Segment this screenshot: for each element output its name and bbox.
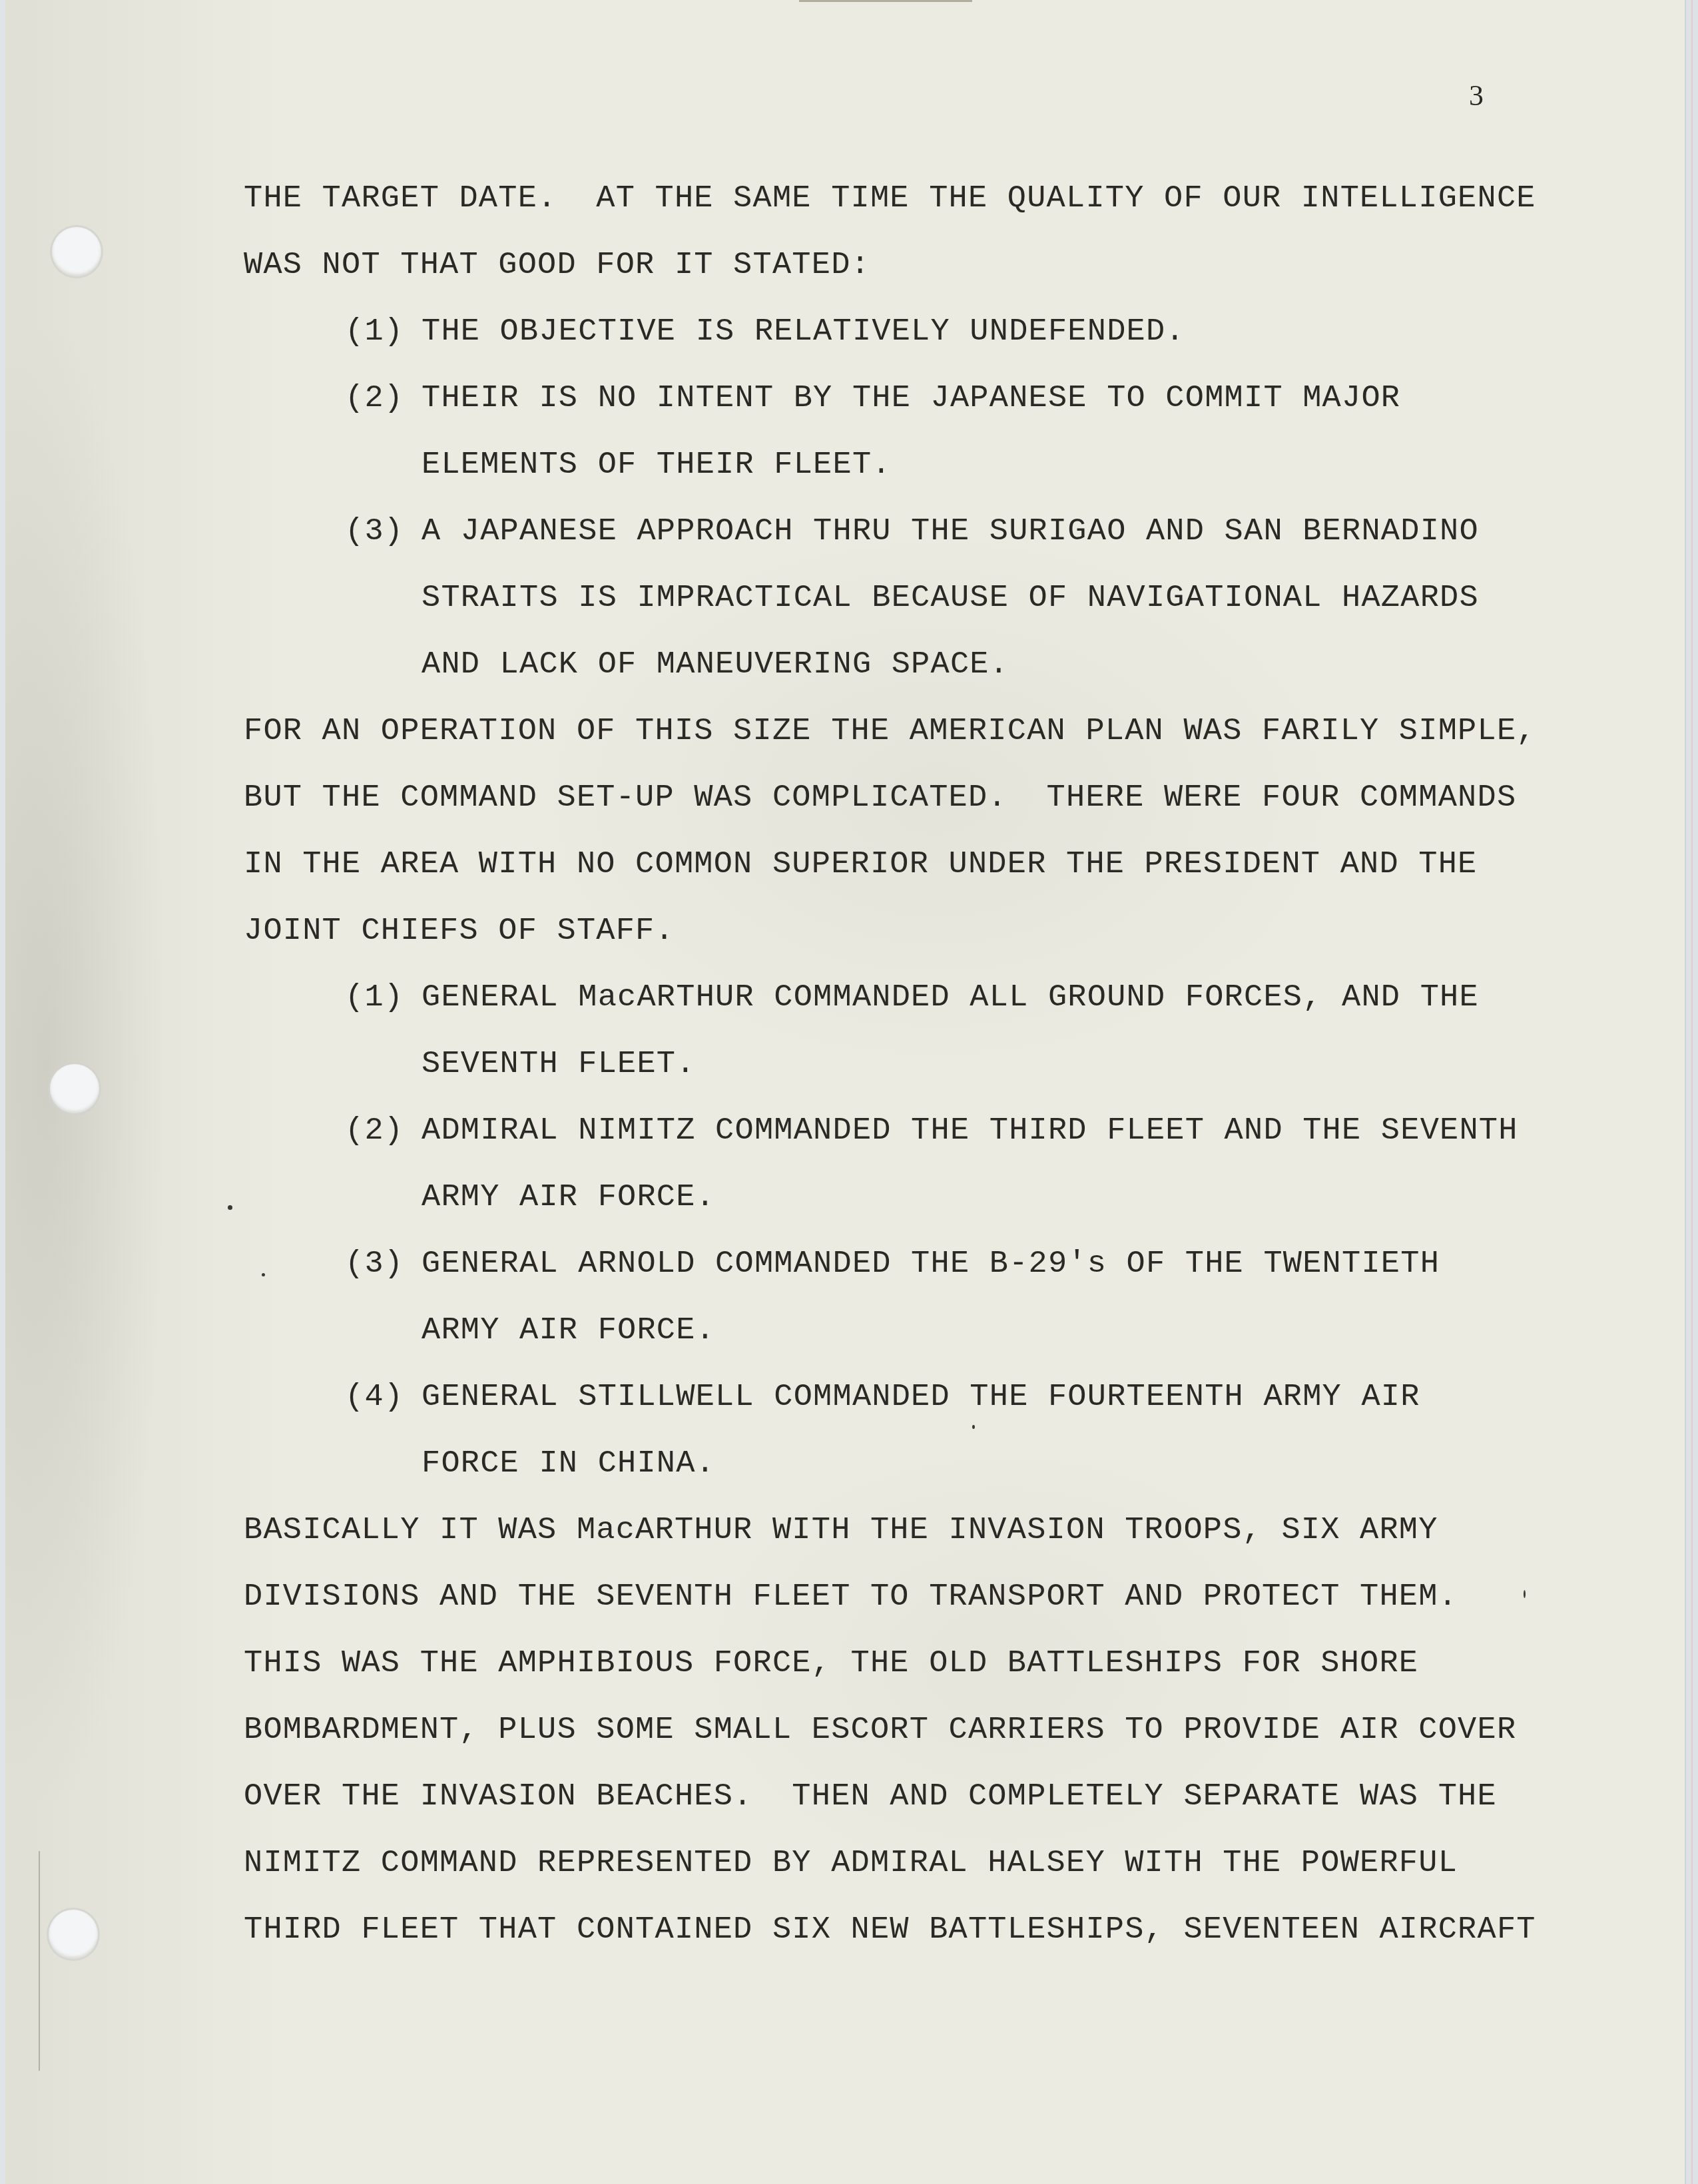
list-item-text: GENERAL STILLWELL COMMANDED THE FOURTEEN… <box>422 1382 1420 1413</box>
punch-hole-bottom <box>49 1910 98 1959</box>
list-item-continuation: AND LACK OF MANEUVERING SPACE. <box>422 649 1009 681</box>
scan-top-edge-mark <box>799 0 972 2</box>
list-item-continuation: STRAITS IS IMPRACTICAL BECAUSE OF NAVIGA… <box>422 583 1479 614</box>
ink-speck <box>972 1425 975 1429</box>
body-line-1: THE TARGET DATE. AT THE SAME TIME THE QU… <box>244 183 1536 214</box>
list-item-text: GENERAL ARNOLD COMMANDED THE B-29's OF T… <box>422 1248 1440 1280</box>
list-item-number: (2) <box>345 1115 404 1147</box>
body-line-24: BOMBARDMENT, PLUS SOME SMALL ESCORT CARR… <box>244 1715 1516 1746</box>
list-item-number: (3) <box>345 516 404 547</box>
list-item-number: (4) <box>345 1382 404 1413</box>
body-line-25: OVER THE INVASION BEACHES. THEN AND COMP… <box>244 1781 1497 1812</box>
list-item-text: THEIR IS NO INTENT BY THE JAPANESE TO CO… <box>422 383 1400 414</box>
list-item-text: ADMIRAL NIMITZ COMMANDED THE THIRD FLEET… <box>422 1115 1518 1147</box>
list-item-continuation: ARMY AIR FORCE. <box>422 1315 715 1346</box>
list-item-number: (1) <box>345 316 404 348</box>
list-item-text: THE OBJECTIVE IS RELATIVELY UNDEFENDED. <box>422 316 1185 348</box>
body-line-22: DIVISIONS AND THE SEVENTH FLEET TO TRANS… <box>244 1581 1458 1613</box>
list-item-continuation: FORCE IN CHINA. <box>422 1448 715 1480</box>
scan-right-border <box>1685 0 1698 2184</box>
body-line-23: THIS WAS THE AMPHIBIOUS FORCE, THE OLD B… <box>244 1648 1418 1679</box>
ink-speck <box>228 1205 232 1210</box>
paper-crease-mark <box>39 1851 40 2071</box>
list-item-text: GENERAL MacARTHUR COMMANDED ALL GROUND F… <box>422 982 1479 1013</box>
body-line-26: NIMITZ COMMAND REPRESENTED BY ADMIRAL HA… <box>244 1848 1458 1879</box>
list-item-continuation: ELEMENTS OF THEIR FLEET. <box>422 449 892 481</box>
body-line-2: WAS NOT THAT GOOD FOR IT STATED: <box>244 250 870 281</box>
punch-hole-top <box>52 227 101 276</box>
list-item-text: A JAPANESE APPROACH THRU THE SURIGAO AND… <box>422 516 1479 547</box>
body-line-21: BASICALLY IT WAS MacARTHUR WITH THE INVA… <box>244 1515 1438 1546</box>
ink-speck <box>1524 1590 1526 1598</box>
list-item-continuation: SEVENTH FLEET. <box>422 1049 696 1080</box>
list-item-number: (1) <box>345 982 404 1013</box>
page-number: 3 <box>1469 79 1484 113</box>
body-line-10: BUT THE COMMAND SET-UP WAS COMPLICATED. … <box>244 782 1516 814</box>
list-item-number: (3) <box>345 1248 404 1280</box>
body-line-9: FOR AN OPERATION OF THIS SIZE THE AMERIC… <box>244 716 1536 747</box>
ink-speck <box>262 1273 265 1276</box>
punch-hole-middle <box>50 1064 99 1113</box>
body-line-12: JOINT CHIEFS OF STAFF. <box>244 916 675 947</box>
list-item-continuation: ARMY AIR FORCE. <box>422 1182 715 1213</box>
scan-left-border <box>0 0 5 2184</box>
body-line-11: IN THE AREA WITH NO COMMON SUPERIOR UNDE… <box>244 849 1478 880</box>
body-line-27: THIRD FLEET THAT CONTAINED SIX NEW BATTL… <box>244 1914 1536 1946</box>
list-item-number: (2) <box>345 383 404 414</box>
